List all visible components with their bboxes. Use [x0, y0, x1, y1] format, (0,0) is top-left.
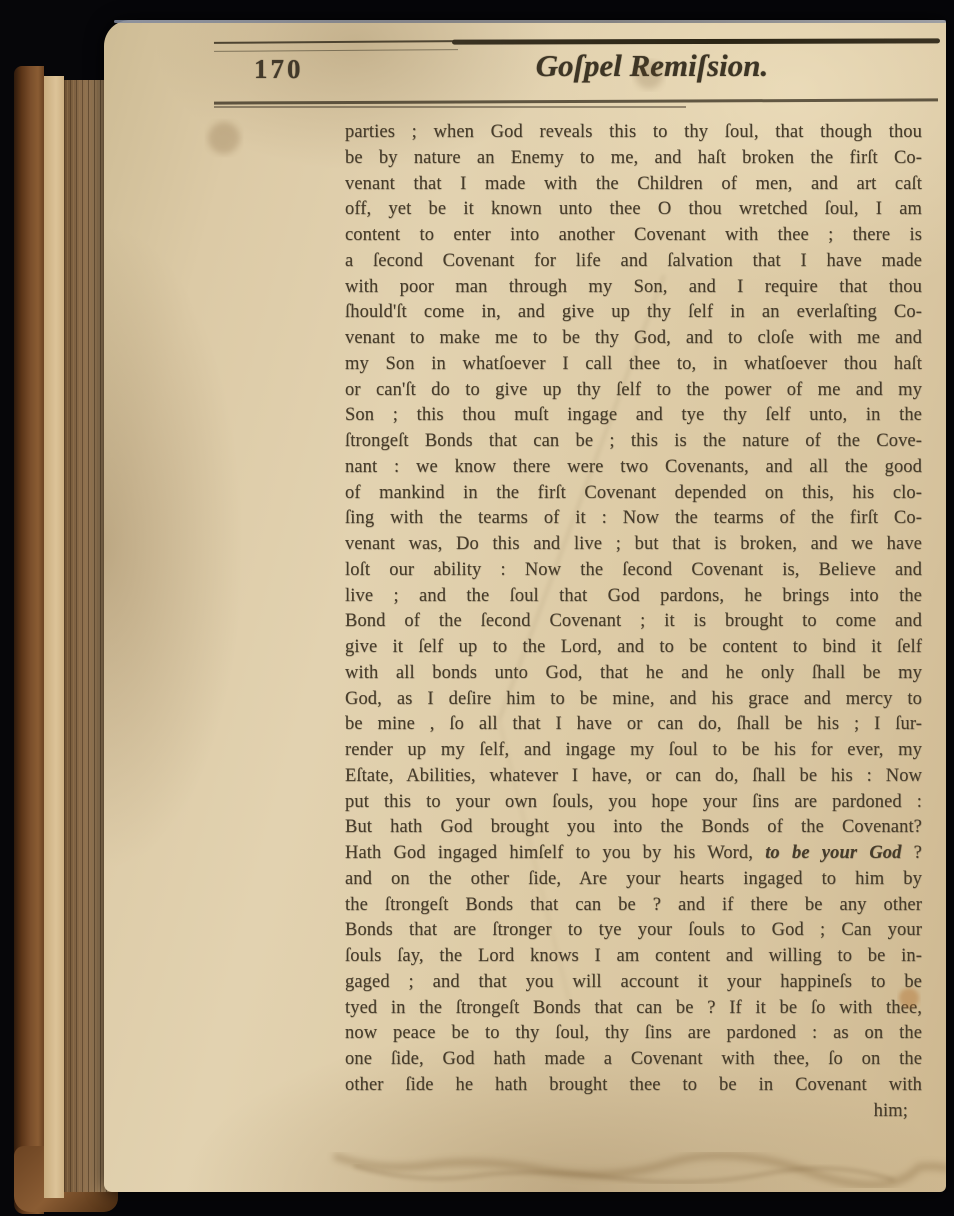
text-segment: other ſide he hath brought thee to be in… [345, 1075, 922, 1095]
catchword: him; [874, 1101, 908, 1121]
text-segment: venant was, Do this and live ; but that … [345, 534, 922, 554]
text-segment: of mankind in the firſt Covenant depende… [345, 483, 922, 503]
text-line: God, as I deſire him to be mine, and his… [345, 687, 922, 713]
text-segment: Eſtate, Abilities, whatever I have, or c… [345, 766, 922, 786]
text-line: live ; and the ſoul that God pardons, he… [345, 584, 922, 610]
running-title: Goſpel Remiſsion. [536, 48, 769, 84]
text-lines: parties ; when God reveals this to thy ſ… [345, 120, 922, 1099]
header-rule [214, 98, 938, 104]
text-segment: ſtrongeſt Bonds that can be ; this is th… [345, 431, 922, 451]
text-line: with all bonds unto God, that he and he … [345, 661, 922, 687]
text-line: or can'ſt do to give up thy ſelf to the … [345, 378, 922, 404]
text-segment: tyed in the ſtrongeſt Bonds that can be … [345, 998, 922, 1018]
text-segment: live ; and the ſoul that God pardons, he… [345, 586, 922, 606]
text-segment: Bonds that are ſtronger to tye your ſoul… [345, 920, 922, 940]
book-spine-edge [14, 66, 44, 1214]
text-segment: with all bonds unto God, that he and he … [345, 663, 922, 683]
text-line: render up my ſelf, and ingage my ſoul to… [345, 738, 922, 764]
text-segment: ſouls ſay, the Lord knows I am content a… [345, 946, 922, 966]
text-line: other ſide he hath brought thee to be in… [345, 1073, 922, 1099]
text-line: put this to your own ſouls, you hope you… [345, 790, 922, 816]
text-segment: and on the other ſide, Are your hearts i… [345, 869, 922, 889]
text-line: Bonds that are ſtronger to tye your ſoul… [345, 918, 922, 944]
text-line: nant : we know there were two Covenants,… [345, 455, 922, 481]
header-rule-double [214, 106, 686, 108]
text-line: Son ; this thou muſt ingage and tye thy … [345, 403, 922, 429]
text-line: ſtrongeſt Bonds that can be ; this is th… [345, 429, 922, 455]
text-line: Hath God ingaged himſelf to you by his W… [345, 841, 922, 867]
text-segment: nant : we know there were two Covenants,… [345, 457, 922, 477]
text-line: Bond of the ſecond Covenant ; it is brou… [345, 609, 922, 635]
text-segment: with poor man through my Son, and I requ… [345, 277, 922, 297]
text-segment: a ſecond Covenant for life and ſalvation… [345, 251, 922, 271]
text-line: give it ſelf up to the Lord, and to be c… [345, 635, 922, 661]
text-line: and on the other ſide, Are your hearts i… [345, 867, 922, 893]
text-segment: But hath God brought you into the Bonds … [345, 817, 922, 837]
text-segment: ? [902, 843, 923, 863]
text-line: now peace be to thy ſoul, thy ſins are p… [345, 1021, 922, 1047]
text-line: be by nature an Enemy to me, and haſt br… [345, 146, 922, 172]
head-rule-thin [214, 40, 458, 52]
text-segment: or can'ſt do to give up thy ſelf to the … [345, 380, 922, 400]
text-segment: the ſtrongeſt Bonds that can be ? and if… [345, 895, 922, 915]
text-line: venant that I made with the Children of … [345, 172, 922, 198]
text-line: venant to make me to be thy God, and to … [345, 326, 922, 352]
text-segment: render up my ſelf, and ingage my ſoul to… [345, 740, 922, 760]
text-segment: ſhould'ſt come in, and give up thy ſelf … [345, 302, 922, 322]
text-segment: one ſide, God hath made a Covenant with … [345, 1049, 922, 1069]
text-segment: venant to make me to be thy God, and to … [345, 328, 922, 348]
italic-text-segment: to be your God [753, 843, 901, 863]
text-line: be mine , ſo all that I have or can do, … [345, 712, 922, 738]
page-number: 170 [254, 54, 304, 85]
text-line: the ſtrongeſt Bonds that can be ? and if… [345, 893, 922, 919]
text-line: gaged ; and that you will account it you… [345, 970, 922, 996]
text-line: with poor man through my Son, and I requ… [345, 275, 922, 301]
text-segment: venant that I made with the Children of … [345, 174, 922, 194]
text-line: But hath God brought you into the Bonds … [345, 815, 922, 841]
text-segment: God, as I deſire him to be mine, and his… [345, 689, 922, 709]
text-line: parties ; when God reveals this to thy ſ… [345, 120, 922, 146]
book-page: 170 Goſpel Remiſsion. parties ; when God… [104, 20, 946, 1192]
text-line: content to enter into another Covenant w… [345, 223, 922, 249]
text-segment: gaged ; and that you will account it you… [345, 972, 922, 992]
catchword-line: him; [345, 1099, 922, 1125]
text-segment: be by nature an Enemy to me, and haſt br… [345, 148, 922, 168]
text-segment: put this to your own ſouls, you hope you… [345, 792, 922, 812]
text-segment: my Son in whatſoever I call thee to, in … [345, 354, 922, 374]
text-segment: Bond of the ſecond Covenant ; it is brou… [345, 611, 922, 631]
text-line: loſt our ability : Now the ſecond Covena… [345, 558, 922, 584]
photo-background: 170 Goſpel Remiſsion. parties ; when God… [0, 0, 954, 1216]
text-segment: off, yet be it known unto thee O thou wr… [345, 199, 922, 219]
book-endpaper-edge [44, 76, 64, 1198]
body-text: parties ; when God reveals this to thy ſ… [345, 120, 922, 1124]
text-line: Eſtate, Abilities, whatever I have, or c… [345, 764, 922, 790]
head-rule-thick [452, 38, 940, 44]
text-segment: content to enter into another Covenant w… [345, 225, 922, 245]
text-line: my Son in whatſoever I call thee to, in … [345, 352, 922, 378]
text-segment: give it ſelf up to the Lord, and to be c… [345, 637, 922, 657]
text-line: venant was, Do this and live ; but that … [345, 532, 922, 558]
text-line: a ſecond Covenant for life and ſalvation… [345, 249, 922, 275]
text-segment: parties ; when God reveals this to thy ſ… [345, 122, 922, 142]
text-segment: Son ; this thou muſt ingage and tye thy … [345, 405, 922, 425]
text-segment: loſt our ability : Now the ſecond Covena… [345, 560, 922, 580]
text-line: off, yet be it known unto thee O thou wr… [345, 197, 922, 223]
text-line: ſouls ſay, the Lord knows I am content a… [345, 944, 922, 970]
text-segment: be mine , ſo all that I have or can do, … [345, 714, 922, 734]
text-line: of mankind in the firſt Covenant depende… [345, 481, 922, 507]
text-line: ſhould'ſt come in, and give up thy ſelf … [345, 300, 922, 326]
text-segment: now peace be to thy ſoul, thy ſins are p… [345, 1023, 922, 1043]
text-segment: Hath God ingaged himſelf to you by his W… [345, 843, 753, 863]
text-line: ſing with the tearms of it : Now the tea… [345, 506, 922, 532]
text-segment: ſing with the tearms of it : Now the tea… [345, 508, 922, 528]
text-line: one ſide, God hath made a Covenant with … [345, 1047, 922, 1073]
text-line: tyed in the ſtrongeſt Bonds that can be … [345, 996, 922, 1022]
